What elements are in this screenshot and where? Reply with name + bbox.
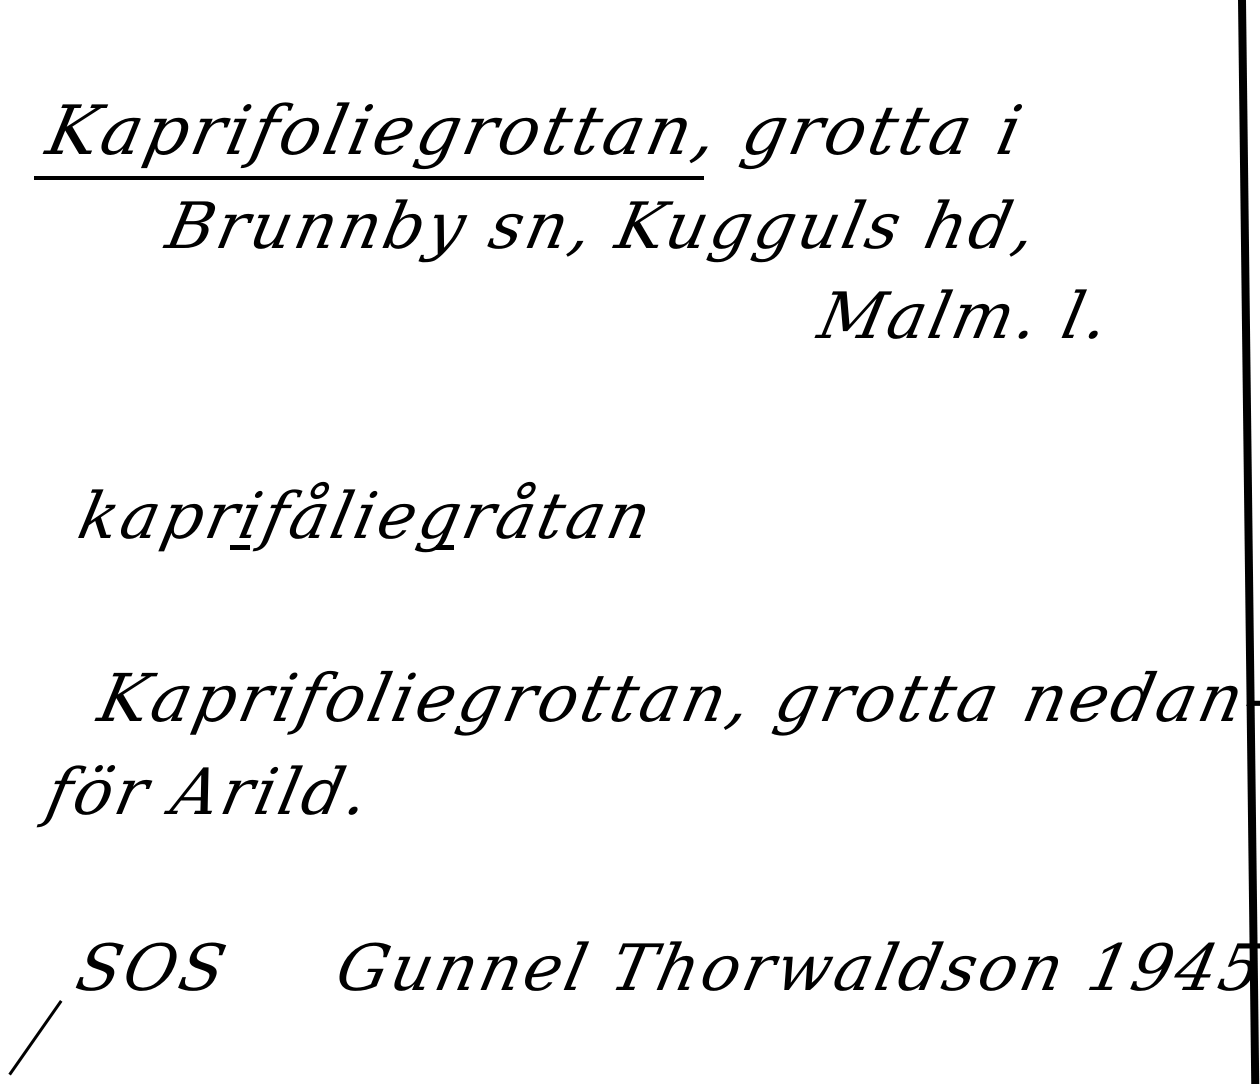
card-edge-rule [1238,0,1259,1084]
entry-3-line-2: för Arild. [40,756,378,830]
archive-code: SOS [70,932,235,1006]
recorder-name: Gunnel Thorwaldson [330,932,1073,1006]
vowel-length-mark [436,545,454,550]
pen-stroke [8,1000,62,1075]
recorder-signature: Gunnel Thorwaldson 1945. [330,932,1260,1006]
vowel-length-mark [230,545,250,550]
headword-underline [34,176,704,180]
record-year: 1945. [1081,932,1260,1006]
headword: Kaprifoliegrottan [40,92,703,171]
entry-1-line-3: Malm. l. [812,280,1118,354]
entry-1-line-1: Kaprifoliegrottan, grotta i [40,92,1031,171]
entry-1-line-1-rest: , grotta i [686,92,1032,171]
entry-3-line-1: Kaprifoliegrottan, grotta nedan- [92,660,1260,737]
entry-1-line-2: Brunnby sn, Kugguls hd, [160,190,1045,264]
archive-card: Kaprifoliegrottan, grotta i Brunnby sn, … [0,0,1260,1084]
phonetic-transcription: kaprifåliegråtan [72,480,660,554]
